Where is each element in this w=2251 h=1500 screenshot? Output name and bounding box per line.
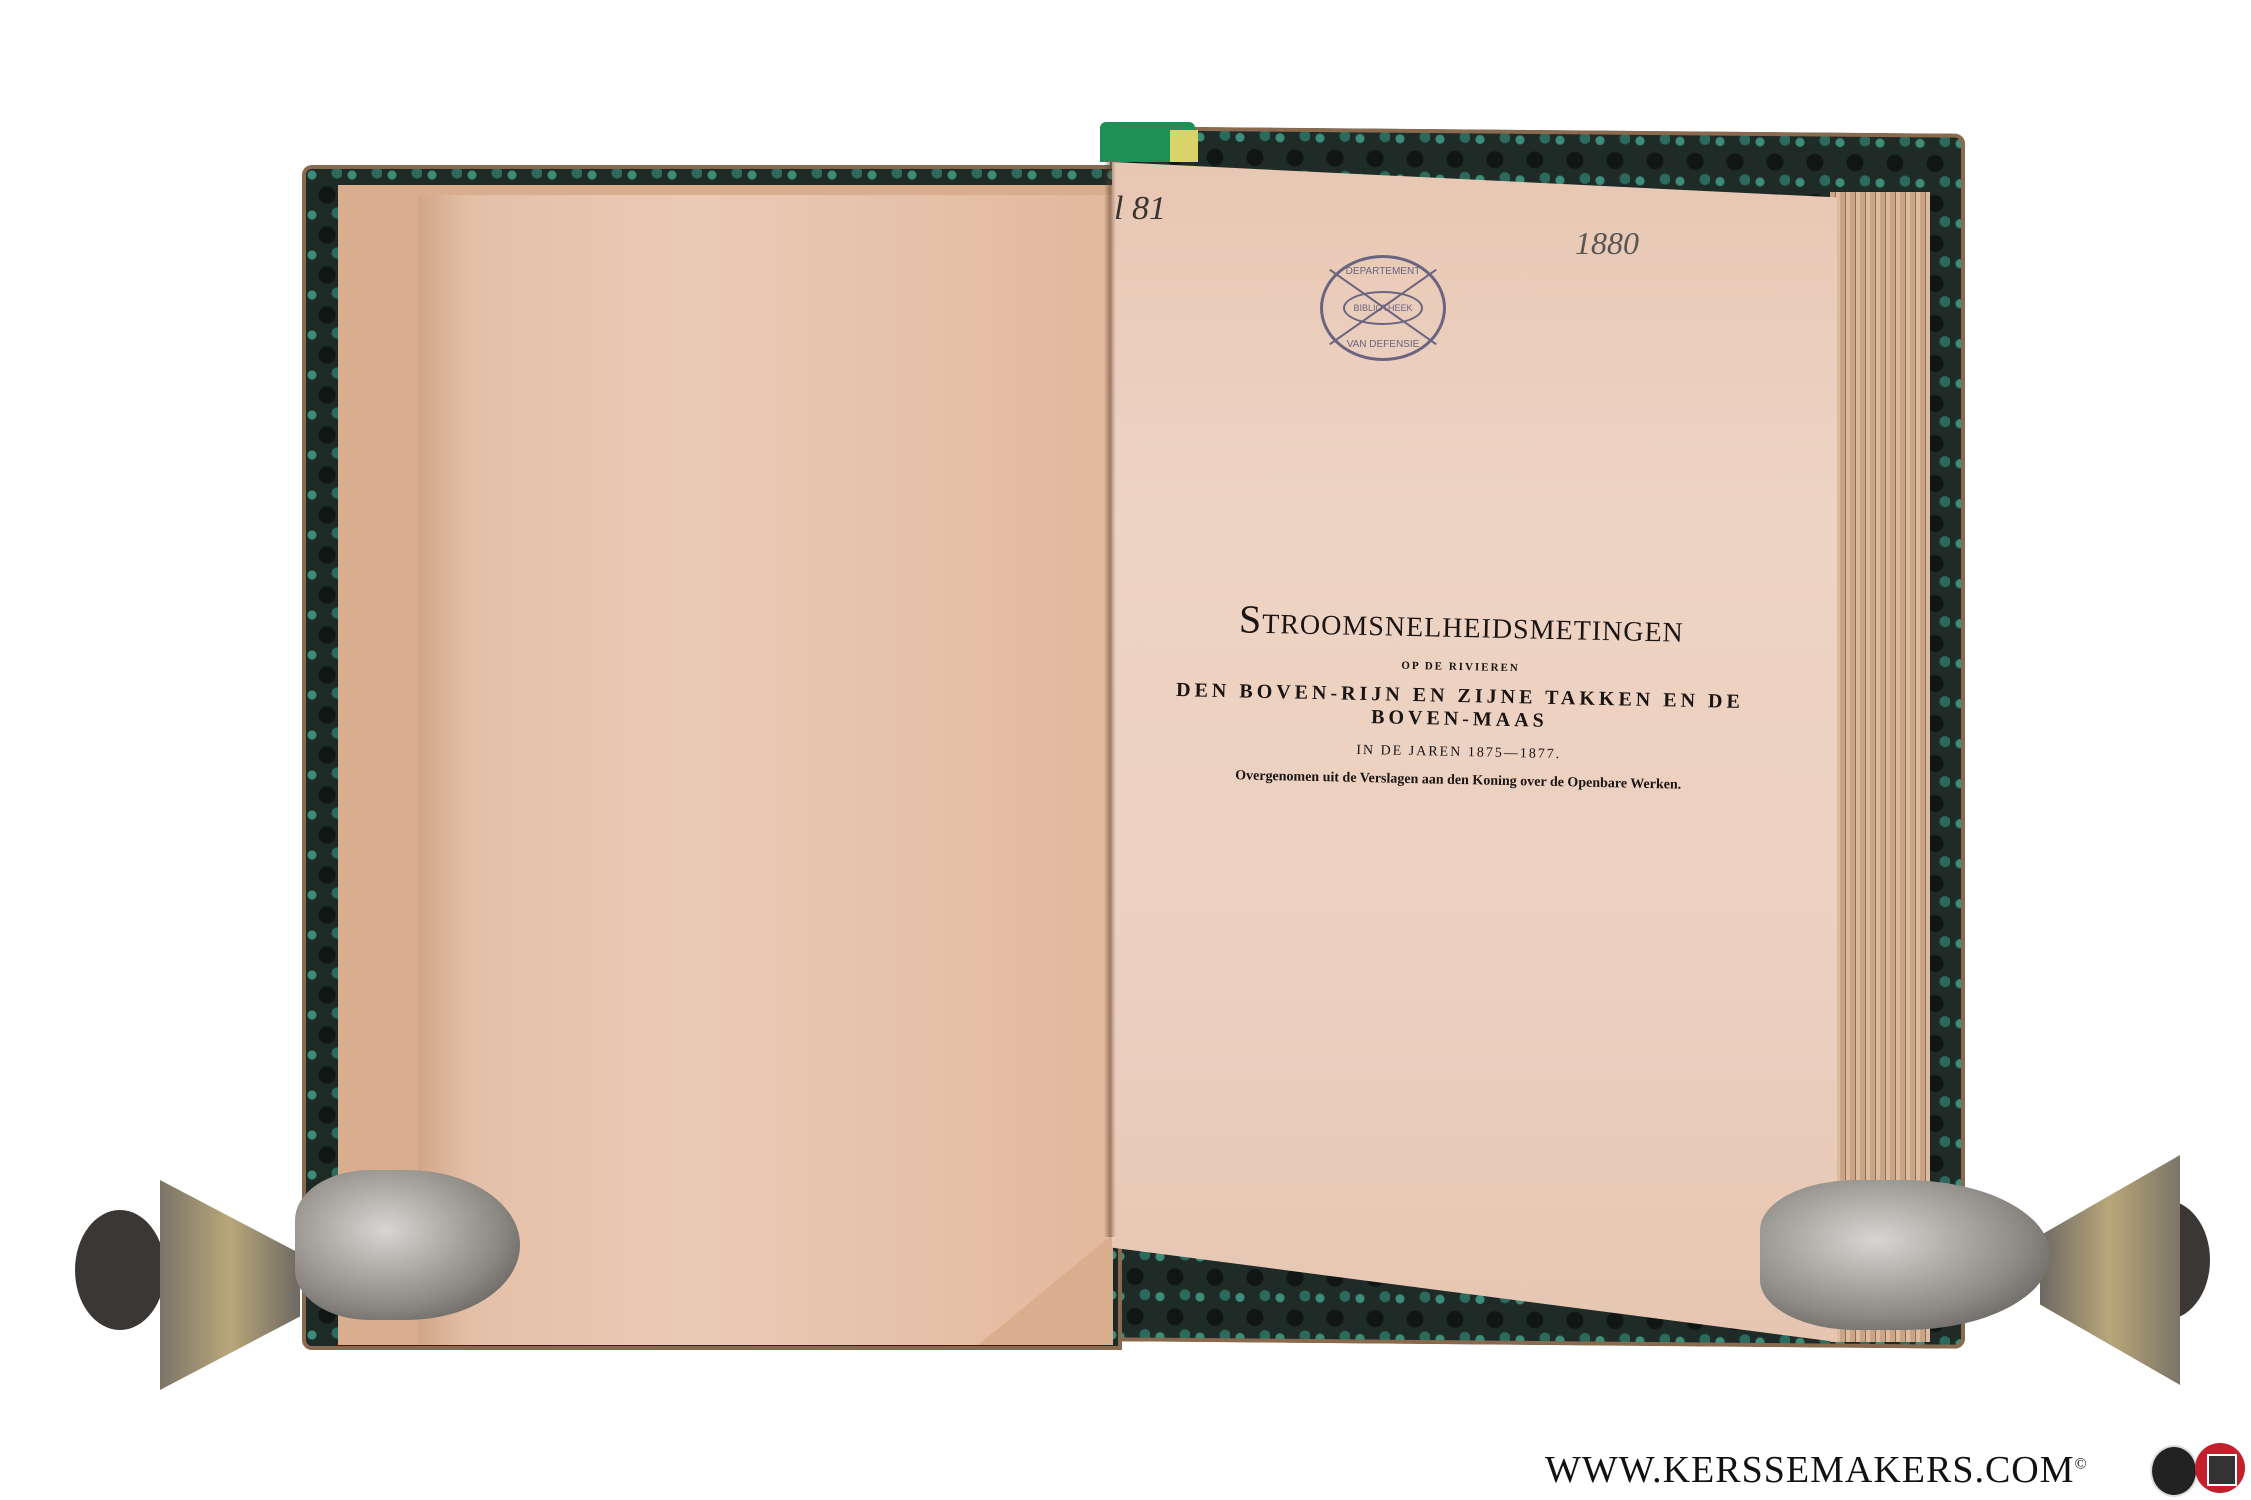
antiquarian-association-badge-icon: [2150, 1445, 2198, 1497]
left-hand-clip-icon: [295, 1170, 520, 1320]
title-connector: OP DE RIVIEREN: [1141, 654, 1781, 679]
page-edges: [1830, 192, 1930, 1342]
rivers-line: DEN BOVEN-RIJN EN ZIJNE TAKKEN EN DE BOV…: [1139, 678, 1780, 737]
library-stamp: DEPARTEMENT BIBLIOTHEEK VAN DEFENSIE: [1320, 255, 1446, 361]
bookmark-tab: [1170, 130, 1198, 162]
left-clip-cuff: [160, 1180, 300, 1390]
right-hand-clip-icon: [1760, 1180, 2050, 1330]
title-block: Stroomsnelheidsmetingen OP DE RIVIEREN D…: [1138, 593, 1782, 795]
copyright-mark: ©: [2075, 1455, 2088, 1472]
right-clip-cuff: [2040, 1155, 2180, 1385]
left-clip-mount: [75, 1210, 165, 1330]
year-annotation: 1880: [1575, 225, 1639, 262]
years-line: IN DE JAREN 1875—1877.: [1139, 738, 1779, 767]
spine-gutter: [1104, 162, 1116, 1237]
watermark-url: WWW.KERSSEMAKERS.COM: [1545, 1449, 2075, 1491]
stamp-bottom-text: VAN DEFENSIE: [1323, 339, 1443, 350]
watermark: WWW.KERSSEMAKERS.COM©: [1545, 1448, 2088, 1492]
left-page: [418, 195, 1118, 1345]
shelfmark-annotation: l 81: [1114, 190, 1166, 228]
ilab-badge-icon: [2195, 1443, 2245, 1493]
